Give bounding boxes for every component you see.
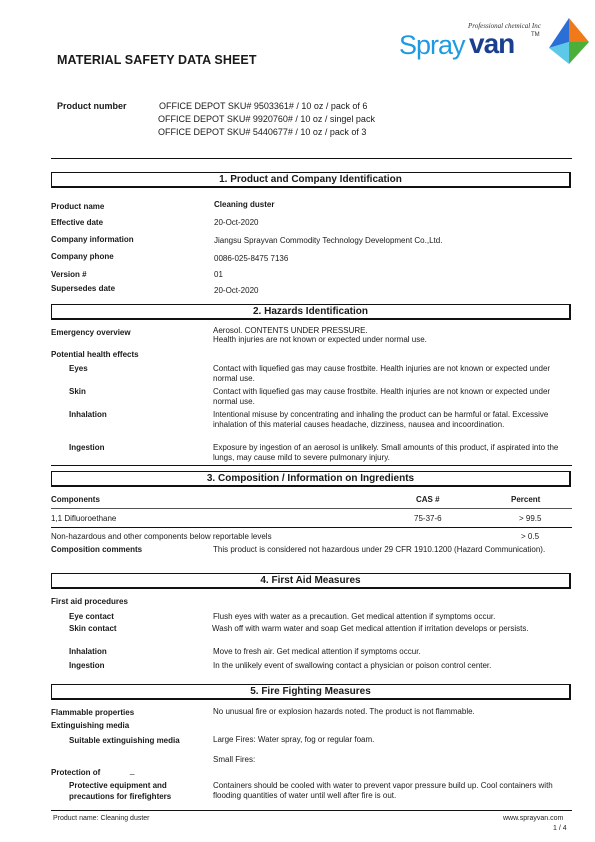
company-information-label: Company information: [51, 235, 134, 244]
product-name-label: Product name: [51, 202, 104, 211]
logo-trademark: TM: [531, 32, 540, 38]
other-components-label: Non-hazardous and other components below…: [51, 532, 272, 541]
flammable-properties-label: Flammable properties: [51, 708, 134, 717]
protection-mark: _: [130, 766, 134, 775]
version-label: Version #: [51, 270, 87, 279]
product-name-value: Cleaning duster: [214, 200, 274, 209]
section-2-header: 2. Hazards Identification: [51, 304, 571, 320]
product-number-line: OFFICE DEPOT SKU# 9920760# / 10 oz / sin…: [158, 114, 375, 124]
emergency-overview-label: Emergency overview: [51, 328, 131, 337]
flammable-properties-value: No unusual fire or explosion hazards not…: [213, 707, 475, 716]
divider: [51, 158, 572, 159]
section-3-header: 3. Composition / Information on Ingredie…: [51, 471, 571, 487]
inhalation-first-aid-value: Move to fresh air. Get medical attention…: [213, 647, 421, 656]
inhalation-value: Intentional misuse by concentrating and …: [213, 410, 573, 429]
protection-of-label: Protection of: [51, 768, 100, 777]
divider: [51, 527, 572, 528]
product-number-label: Product number: [57, 101, 127, 111]
product-number-line: OFFICE DEPOT SKU# 5440677# / 10 oz / pac…: [158, 127, 366, 137]
suitable-extinguishing-media-label: Suitable extinguishing media: [69, 736, 180, 745]
ingestion-value: Exposure by ingestion of an aerosol is u…: [213, 443, 573, 462]
suitable-extinguishing-media-value: Large Fires: Water spray, fog or regular…: [213, 735, 374, 744]
ppe-label-line-2: precautions for firefighters: [69, 792, 171, 801]
skin-label: Skin: [69, 387, 86, 396]
supersedes-date-label: Supersedes date: [51, 284, 115, 293]
potential-health-effects-label: Potential health effects: [51, 350, 139, 359]
footer-divider: [51, 810, 572, 811]
component-percent: > 99.5: [519, 514, 541, 523]
footer-website-link[interactable]: www.sprayvan.com: [503, 815, 563, 822]
logo-brand-van: van: [469, 28, 514, 60]
divider: [51, 508, 572, 509]
ingestion-first-aid-label: Ingestion: [69, 661, 105, 670]
skin-contact-value: Wash off with warm water and soap Get me…: [212, 624, 572, 634]
version-value: 01: [214, 270, 223, 279]
eyes-value: Contact with liquefied gas may cause fro…: [213, 364, 573, 383]
divider: [51, 465, 572, 466]
inhalation-first-aid-label: Inhalation: [69, 647, 107, 656]
supersedes-date-value: 20-Oct-2020: [214, 286, 258, 295]
eye-contact-label: Eye contact: [69, 612, 114, 621]
eyes-label: Eyes: [69, 364, 88, 373]
ingestion-label: Ingestion: [69, 443, 105, 452]
inhalation-label: Inhalation: [69, 410, 107, 419]
composition-comments-value: This product is considered not hazardous…: [213, 545, 573, 555]
cas-column-header: CAS #: [416, 495, 440, 504]
components-column-header: Components: [51, 495, 100, 504]
percent-column-header: Percent: [511, 495, 540, 504]
emergency-overview-value-2: Health injuries are not known or expecte…: [213, 335, 427, 344]
component-name: 1,1 Difluoroethane: [51, 514, 116, 523]
extinguishing-media-label: Extinguishing media: [51, 721, 129, 730]
ingestion-first-aid-value: In the unlikely event of swallowing cont…: [213, 661, 491, 670]
effective-date-label: Effective date: [51, 218, 103, 227]
pyramid-gem-icon: [545, 16, 590, 66]
eye-contact-value: Flush eyes with water as a precaution. G…: [213, 612, 495, 621]
small-fires-value: Small Fires:: [213, 755, 255, 764]
skin-value: Contact with liquefied gas may cause fro…: [213, 387, 573, 406]
footer-page-number: 1 / 4: [553, 825, 567, 832]
emergency-overview-value: Aerosol. CONTENTS UNDER PRESSURE.: [213, 326, 368, 335]
document-title: MATERIAL SAFETY DATA SHEET: [57, 53, 257, 67]
section-4-header: 4. First Aid Measures: [51, 573, 571, 589]
footer-product-name: Product name: Cleaning duster: [53, 815, 150, 822]
section-5-header: 5. Fire Fighting Measures: [51, 684, 571, 700]
skin-contact-label: Skin contact: [69, 624, 117, 633]
effective-date-value: 20-Oct-2020: [214, 218, 258, 227]
company-information-value: Jiangsu Sprayvan Commodity Technology De…: [214, 236, 442, 245]
ppe-value: Containers should be cooled with water t…: [213, 781, 573, 800]
product-number-line: OFFICE DEPOT SKU# 9503361# / 10 oz / pac…: [159, 101, 367, 111]
composition-comments-label: Composition comments: [51, 545, 142, 554]
section-1-header: 1. Product and Company Identification: [51, 172, 571, 188]
company-phone-value: 0086-025-8475 7136: [214, 254, 288, 263]
company-logo: Professional chemical Inc Spray van TM: [395, 8, 590, 68]
ppe-label-line-1: Protective equipment and: [69, 781, 167, 790]
component-cas: 75-37-6: [414, 514, 442, 523]
other-components-percent: > 0.5: [521, 532, 539, 541]
first-aid-procedures-label: First aid procedures: [51, 597, 128, 606]
logo-brand-spray: Spray: [399, 30, 465, 61]
company-phone-label: Company phone: [51, 252, 114, 261]
